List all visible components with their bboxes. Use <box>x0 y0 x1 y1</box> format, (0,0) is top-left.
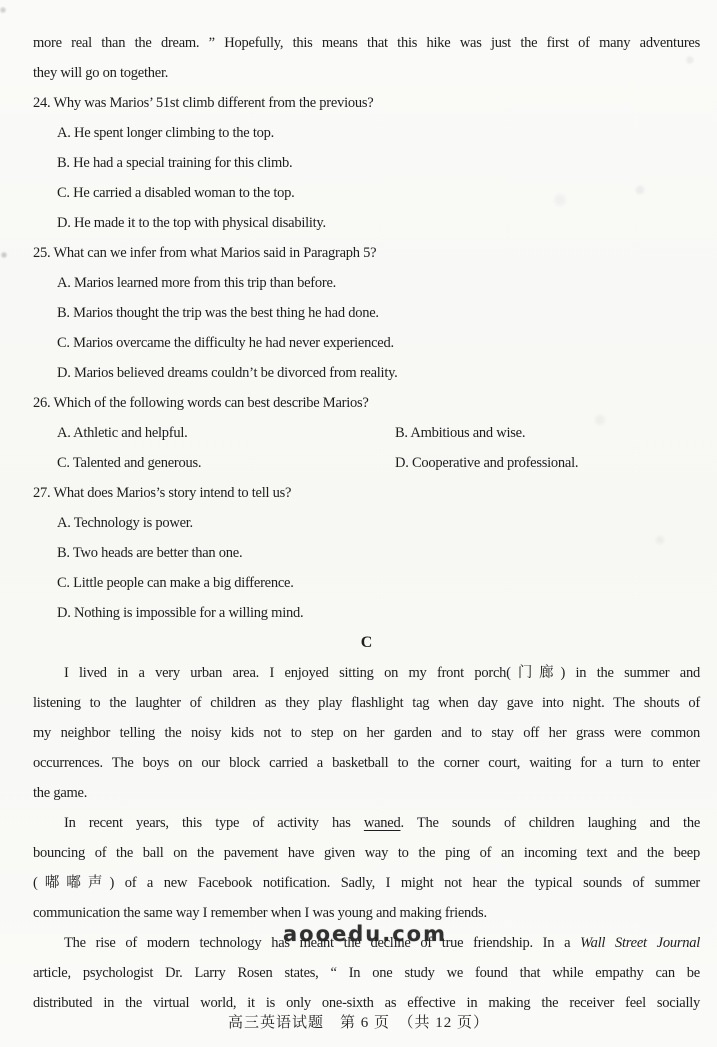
question-26-option-b: B. Ambitious and wise. <box>395 418 525 448</box>
passage-c-p1-line-5: the game. <box>33 778 700 808</box>
question-25-option-a: A. Marios learned more from this trip th… <box>33 268 700 298</box>
question-27-option-a: A. Technology is power. <box>33 508 700 538</box>
exam-page-scan: more real than the dream. ” Hopefully, t… <box>0 0 717 1047</box>
question-26-option-c: C. Talented and generous. <box>57 455 201 471</box>
passage-c-p2-line-3: (嘟嘟声) of a new Facebook notification. Sa… <box>33 868 700 898</box>
question-24-option-d: D. He made it to the top with physical d… <box>33 208 700 238</box>
question-24-option-b: B. He had a special training for this cl… <box>33 148 700 178</box>
exam-text-block: more real than the dream. ” Hopefully, t… <box>33 28 700 1018</box>
question-27-stem: 27. What does Marios’s story intend to t… <box>33 478 700 508</box>
passage-c-p2-line-2: bouncing of the ball on the pavement hav… <box>33 838 700 868</box>
question-24-option-a: A. He spent longer climbing to the top. <box>33 118 700 148</box>
question-26-stem: 26. Which of the following words can bes… <box>33 388 700 418</box>
question-25-option-d: D. Marios believed dreams couldn’t be di… <box>33 358 700 388</box>
site-watermark: aooedu.com <box>283 921 447 947</box>
question-24-stem: 24. Why was Marios’ 51st climb different… <box>33 88 700 118</box>
question-27-option-c: C. Little people can make a big differen… <box>33 568 700 598</box>
italic-wall-street-journal: Wall Street Journal <box>580 935 700 951</box>
p2-line1-pre: In recent years, this type of activity h… <box>64 815 364 831</box>
question-27-option-d: D. Nothing is impossible for a willing m… <box>33 598 700 628</box>
question-26-option-d: D. Cooperative and professional. <box>395 448 578 478</box>
question-26-option-a: A. Athletic and helpful. <box>57 425 188 441</box>
passage-c-p3-line-2: article, psychologist Dr. Larry Rosen st… <box>33 958 700 988</box>
passage-c-p1-line-2: listening to the laughter of children as… <box>33 688 700 718</box>
passage-c-heading: C <box>33 628 700 658</box>
page-footer: 高三英语试题 第 6 页 （共 12 页） <box>0 1011 717 1032</box>
carryover-line-1: more real than the dream. ” Hopefully, t… <box>33 28 700 58</box>
passage-c-p2-line-1: In recent years, this type of activity h… <box>33 808 700 838</box>
question-25-option-c: C. Marios overcame the difficulty he had… <box>33 328 700 358</box>
question-25-stem: 25. What can we infer from what Marios s… <box>33 238 700 268</box>
passage-c-p1-line-3: my neighbor telling the noisy kids not t… <box>33 718 700 748</box>
passage-c-p1-line-4: occurrences. The boys on our block carri… <box>33 748 700 778</box>
question-25-option-b: B. Marios thought the trip was the best … <box>33 298 700 328</box>
question-26-options-row-2: C. Talented and generous. D. Cooperative… <box>33 448 700 478</box>
underlined-word-waned: waned <box>364 815 401 831</box>
question-24-option-c: C. He carried a disabled woman to the to… <box>33 178 700 208</box>
question-27-option-b: B. Two heads are better than one. <box>33 538 700 568</box>
carryover-line-2: they will go on together. <box>33 58 700 88</box>
p2-line1-post: . The sounds of children laughing and th… <box>400 815 700 831</box>
passage-c-p1-line-1: I lived in a very urban area. I enjoyed … <box>33 658 700 688</box>
question-26-options-row-1: A. Athletic and helpful. B. Ambitious an… <box>33 418 700 448</box>
